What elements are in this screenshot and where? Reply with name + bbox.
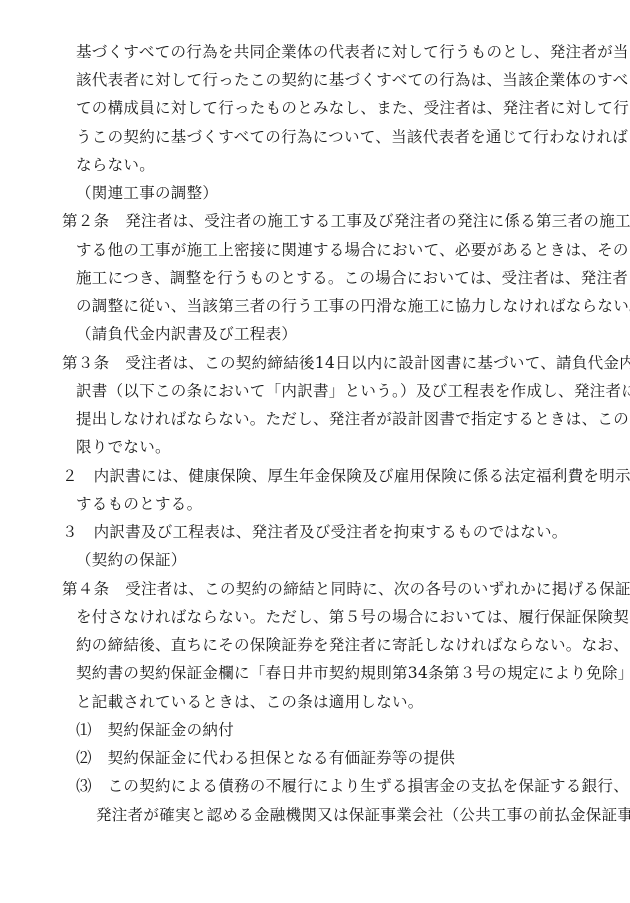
document-line-heading: （請負代金内訳書及び工程表） <box>76 324 297 344</box>
document-line-continuation: 該代表者に対して行ったこの契約に基づくすべての行為は、当該企業体のすべ <box>76 70 628 90</box>
document-line-continuation: 契約書の契約保証金欄に「春日井市契約規則第34条第３号の規定により免除」 <box>76 663 630 683</box>
document-line-continuation: 提出しなければならない。ただし、発注者が設計図書で指定するときは、この <box>76 409 629 429</box>
document-line-item: ⑶ この契約による債務の不履行により生ずる損害金の支払を保証する銀行、 <box>76 776 629 796</box>
document-line-continuation: を付さなければならない。ただし、第５号の場合においては、履行保証保険契 <box>76 607 629 627</box>
document-line-continuation: の調整に従い、当該第三者の行う工事の円滑な施工に協力しなければならない。 <box>76 296 630 316</box>
document-line-continuation: 訳書（以下この条において「内訳書」という。）及び工程表を作成し、発注者に <box>76 381 630 401</box>
document-line-continuation: 約の締結後、直ちにその保険証券を発注者に寄託しなければならない。なお、 <box>76 635 629 655</box>
document-line-continuation: うこの契約に基づくすべての行為について、当該代表者を通じて行わなければ <box>76 127 628 147</box>
document-line-paragraph-start: ２ 内訳書には、健康保険、厚生年金保険及び雇用保険に係る法定福利費を明示 <box>62 466 630 486</box>
document-line-continuation: する他の工事が施工上密接に関連する場合において、必要があるときは、その <box>76 240 629 260</box>
document-line-continuation: と記載されているときは、この条は適用しない。 <box>76 692 424 712</box>
document-line-heading: （関連工事の調整） <box>76 183 218 203</box>
document-line-continuation: ての構成員に対して行ったものとみなし、また、受注者は、発注者に対して行 <box>76 98 629 118</box>
document-line-article-start: 第２条 発注者は、受注者の施工する工事及び発注者の発注に係る第三者の施工 <box>62 211 630 231</box>
document-line-item-continuation: 発注者が確実と認める金融機関又は保証事業会社（公共工事の前払金保証事 <box>96 805 630 825</box>
document-line-article-start: 第３条 受注者は、この契約締結後14日以内に設計図書に基づいて、請負代金内 <box>62 353 630 373</box>
document-line-paragraph-start: ３ 内訳書及び工程表は、発注者及び受注者を拘束するものではない。 <box>62 522 568 542</box>
document-page: 基づくすべての行為を共同企業体の代表者に対して行うものとし、発注者が当該代表者に… <box>0 0 630 903</box>
document-line-continuation: 施工につき、調整を行うものとする。この場合においては、受注者は、発注者 <box>76 268 628 288</box>
document-line-continuation: 限りでない。 <box>76 437 171 457</box>
document-line-continuation: するものとする。 <box>76 494 202 514</box>
document-line-continuation: ならない。 <box>76 155 155 175</box>
document-line-item: ⑴ 契約保証金の納付 <box>76 720 234 740</box>
document-line-heading: （契約の保証） <box>76 550 187 570</box>
document-line-item: ⑵ 契約保証金に代わる担保となる有価証券等の提供 <box>76 748 455 768</box>
document-line-continuation: 基づくすべての行為を共同企業体の代表者に対して行うものとし、発注者が当 <box>76 42 629 62</box>
document-line-article-start: 第４条 受注者は、この契約の締結と同時に、次の各号のいずれかに掲げる保証 <box>62 579 630 599</box>
